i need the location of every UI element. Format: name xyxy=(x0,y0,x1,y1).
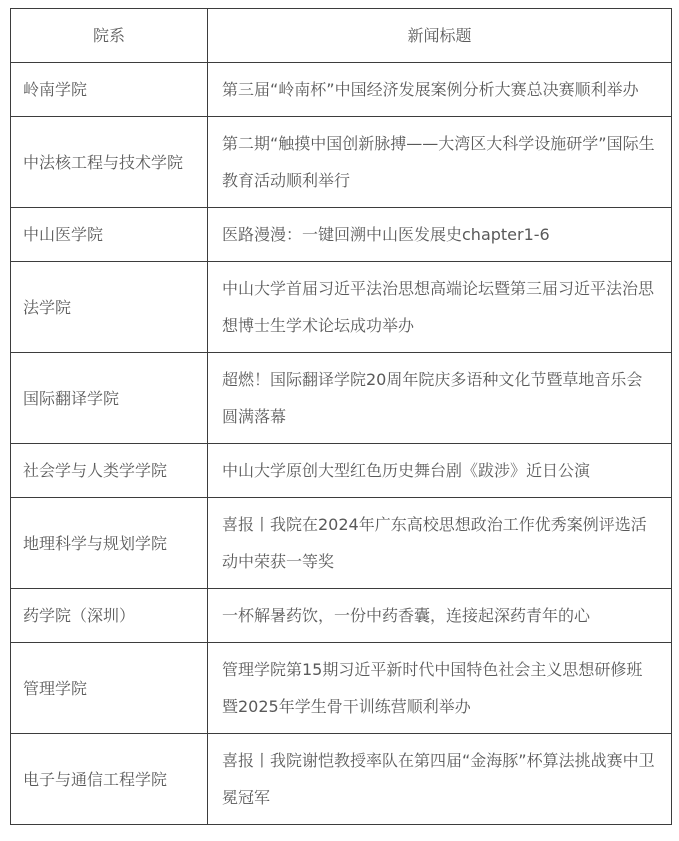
dept-cell: 法学院 xyxy=(11,262,208,353)
title-cell: 超燃！国际翻译学院20周年院庆多语种文化节暨草地音乐会圆满落幕 xyxy=(208,353,672,444)
title-cell: 中山大学首届习近平法治思想高端论坛暨第三届习近平法治思想博士生学术论坛成功举办 xyxy=(208,262,672,353)
table-row: 电子与通信工程学院 喜报丨我院谢恺教授率队在第四届“金海豚”杯算法挑战赛中卫冕冠… xyxy=(11,734,672,825)
table-row: 地理科学与规划学院 喜报丨我院在2024年广东高校思想政治工作优秀案例评选活动中… xyxy=(11,498,672,589)
table-row: 国际翻译学院 超燃！国际翻译学院20周年院庆多语种文化节暨草地音乐会圆满落幕 xyxy=(11,353,672,444)
title-cell: 医路漫漫：一键回溯中山医发展史chapter1-6 xyxy=(208,208,672,262)
table-row: 中法核工程与技术学院 第二期“触摸中国创新脉搏——大湾区大科学设施研学”国际生教… xyxy=(11,117,672,208)
dept-cell: 中法核工程与技术学院 xyxy=(11,117,208,208)
dept-cell: 中山医学院 xyxy=(11,208,208,262)
table-row: 岭南学院 第三届“岭南杯”中国经济发展案例分析大赛总决赛顺利举办 xyxy=(11,63,672,117)
table-row: 法学院 中山大学首届习近平法治思想高端论坛暨第三届习近平法治思想博士生学术论坛成… xyxy=(11,262,672,353)
dept-cell: 地理科学与规划学院 xyxy=(11,498,208,589)
title-cell: 第二期“触摸中国创新脉搏——大湾区大科学设施研学”国际生教育活动顺利举行 xyxy=(208,117,672,208)
dept-cell: 药学院（深圳） xyxy=(11,589,208,643)
dept-cell: 电子与通信工程学院 xyxy=(11,734,208,825)
dept-cell: 社会学与人类学学院 xyxy=(11,444,208,498)
table-row: 社会学与人类学学院 中山大学原创大型红色历史舞台剧《跋涉》近日公演 xyxy=(11,444,672,498)
title-cell: 中山大学原创大型红色历史舞台剧《跋涉》近日公演 xyxy=(208,444,672,498)
page: 院系 新闻标题 岭南学院 第三届“岭南杯”中国经济发展案例分析大赛总决赛顺利举办… xyxy=(0,0,679,841)
table-row: 药学院（深圳） 一杯解暑药饮，一份中药香囊，连接起深药青年的心 xyxy=(11,589,672,643)
title-cell: 管理学院第15期习近平新时代中国特色社会主义思想研修班暨2025年学生骨干训练营… xyxy=(208,643,672,734)
dept-cell: 管理学院 xyxy=(11,643,208,734)
dept-cell: 国际翻译学院 xyxy=(11,353,208,444)
header-row: 院系 新闻标题 xyxy=(11,9,672,63)
table-header: 院系 新闻标题 xyxy=(11,9,672,63)
table-body: 岭南学院 第三届“岭南杯”中国经济发展案例分析大赛总决赛顺利举办 中法核工程与技… xyxy=(11,63,672,825)
column-header-dept: 院系 xyxy=(11,9,208,63)
news-table: 院系 新闻标题 岭南学院 第三届“岭南杯”中国经济发展案例分析大赛总决赛顺利举办… xyxy=(10,8,672,825)
title-cell: 喜报丨我院在2024年广东高校思想政治工作优秀案例评选活动中荣获一等奖 xyxy=(208,498,672,589)
column-header-title: 新闻标题 xyxy=(208,9,672,63)
table-row: 中山医学院 医路漫漫：一键回溯中山医发展史chapter1-6 xyxy=(11,208,672,262)
title-cell: 喜报丨我院谢恺教授率队在第四届“金海豚”杯算法挑战赛中卫冕冠军 xyxy=(208,734,672,825)
dept-cell: 岭南学院 xyxy=(11,63,208,117)
title-cell: 第三届“岭南杯”中国经济发展案例分析大赛总决赛顺利举办 xyxy=(208,63,672,117)
table-row: 管理学院 管理学院第15期习近平新时代中国特色社会主义思想研修班暨2025年学生… xyxy=(11,643,672,734)
title-cell: 一杯解暑药饮，一份中药香囊，连接起深药青年的心 xyxy=(208,589,672,643)
